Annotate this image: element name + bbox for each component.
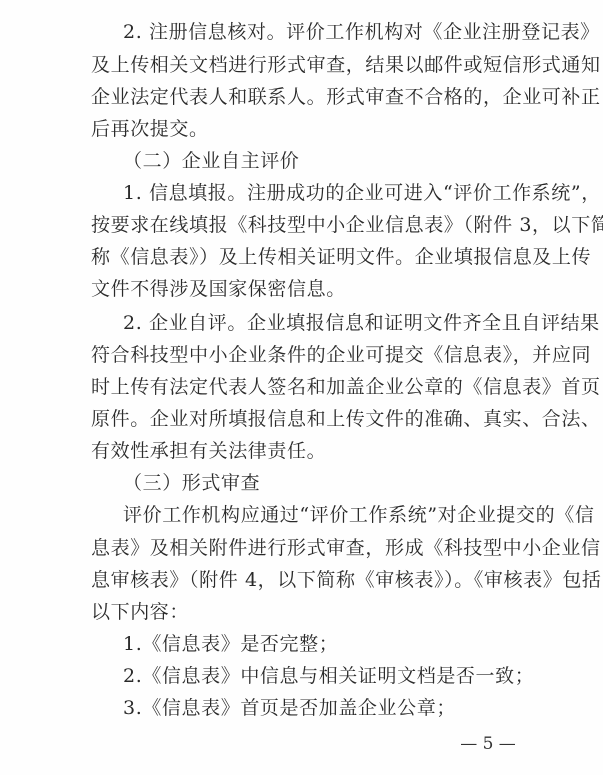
paragraph-self-evaluation-line-5: 有效性承担有关法律责任。: [91, 435, 513, 467]
paragraph-registration-check-line-2: 及上传相关文档进行形式审查，结果以邮件或短信形式通知: [91, 49, 513, 81]
page-number: — 5 —: [460, 730, 516, 758]
paragraph-info-filling-line-3: 称《信息表》）及上传相关证明文件。企业填报信息及上传: [91, 241, 513, 273]
paragraph-self-evaluation-line-1: 2. 企业自评。企业填报信息和证明文件齐全且自评结果: [123, 307, 513, 339]
paragraph-info-filling-line-2: 按要求在线填报《科技型中小企业信息表》（附件 3，以下简: [91, 209, 513, 241]
paragraph-self-evaluation-line-3: 时上传有法定代表人签名和加盖企业公章的《信息表》首页: [91, 371, 513, 403]
review-item-1: 1.《信息表》是否完整；: [123, 628, 513, 660]
paragraph-formal-review-line-4: 以下内容：: [91, 596, 513, 628]
paragraph-registration-check-line-4: 后再次提交。: [91, 113, 513, 145]
paragraph-formal-review-line-3: 息审核表》（附件 4，以下简称《审核表》）。《审核表》包括: [91, 564, 513, 596]
review-item-2: 2.《信息表》中信息与相关证明文档是否一致；: [123, 660, 513, 692]
document-page: 2. 注册信息核对。评价工作机构对《企业注册登记表》 及上传相关文档进行形式审查…: [0, 0, 603, 775]
review-item-3: 3.《信息表》首页是否加盖企业公章；: [123, 692, 513, 724]
paragraph-self-evaluation-line-2: 符合科技型中小企业条件的企业可提交《信息表》，并应同: [91, 339, 513, 371]
paragraph-registration-check-line-1: 2. 注册信息核对。评价工作机构对《企业注册登记表》: [123, 16, 513, 48]
paragraph-info-filling-line-1: 1. 信息填报。注册成功的企业可进入“评价工作系统”，: [123, 177, 513, 209]
section-heading-formal-review: （三）形式审查: [123, 467, 513, 499]
section-heading-self-evaluation: （二）企业自主评价: [123, 145, 513, 177]
paragraph-formal-review-line-2: 息表》及相关附件进行形式审查，形成《科技型中小企业信: [91, 532, 513, 564]
paragraph-formal-review-line-1: 评价工作机构应通过“评价工作系统”对企业提交的《信: [123, 499, 513, 531]
paragraph-registration-check-line-3: 企业法定代表人和联系人。形式审查不合格的，企业可补正: [91, 81, 513, 113]
paragraph-self-evaluation-line-4: 原件。企业对所填报信息和上传文件的准确、真实、合法、: [91, 403, 513, 435]
paragraph-info-filling-line-4: 文件不得涉及国家保密信息。: [91, 273, 513, 305]
